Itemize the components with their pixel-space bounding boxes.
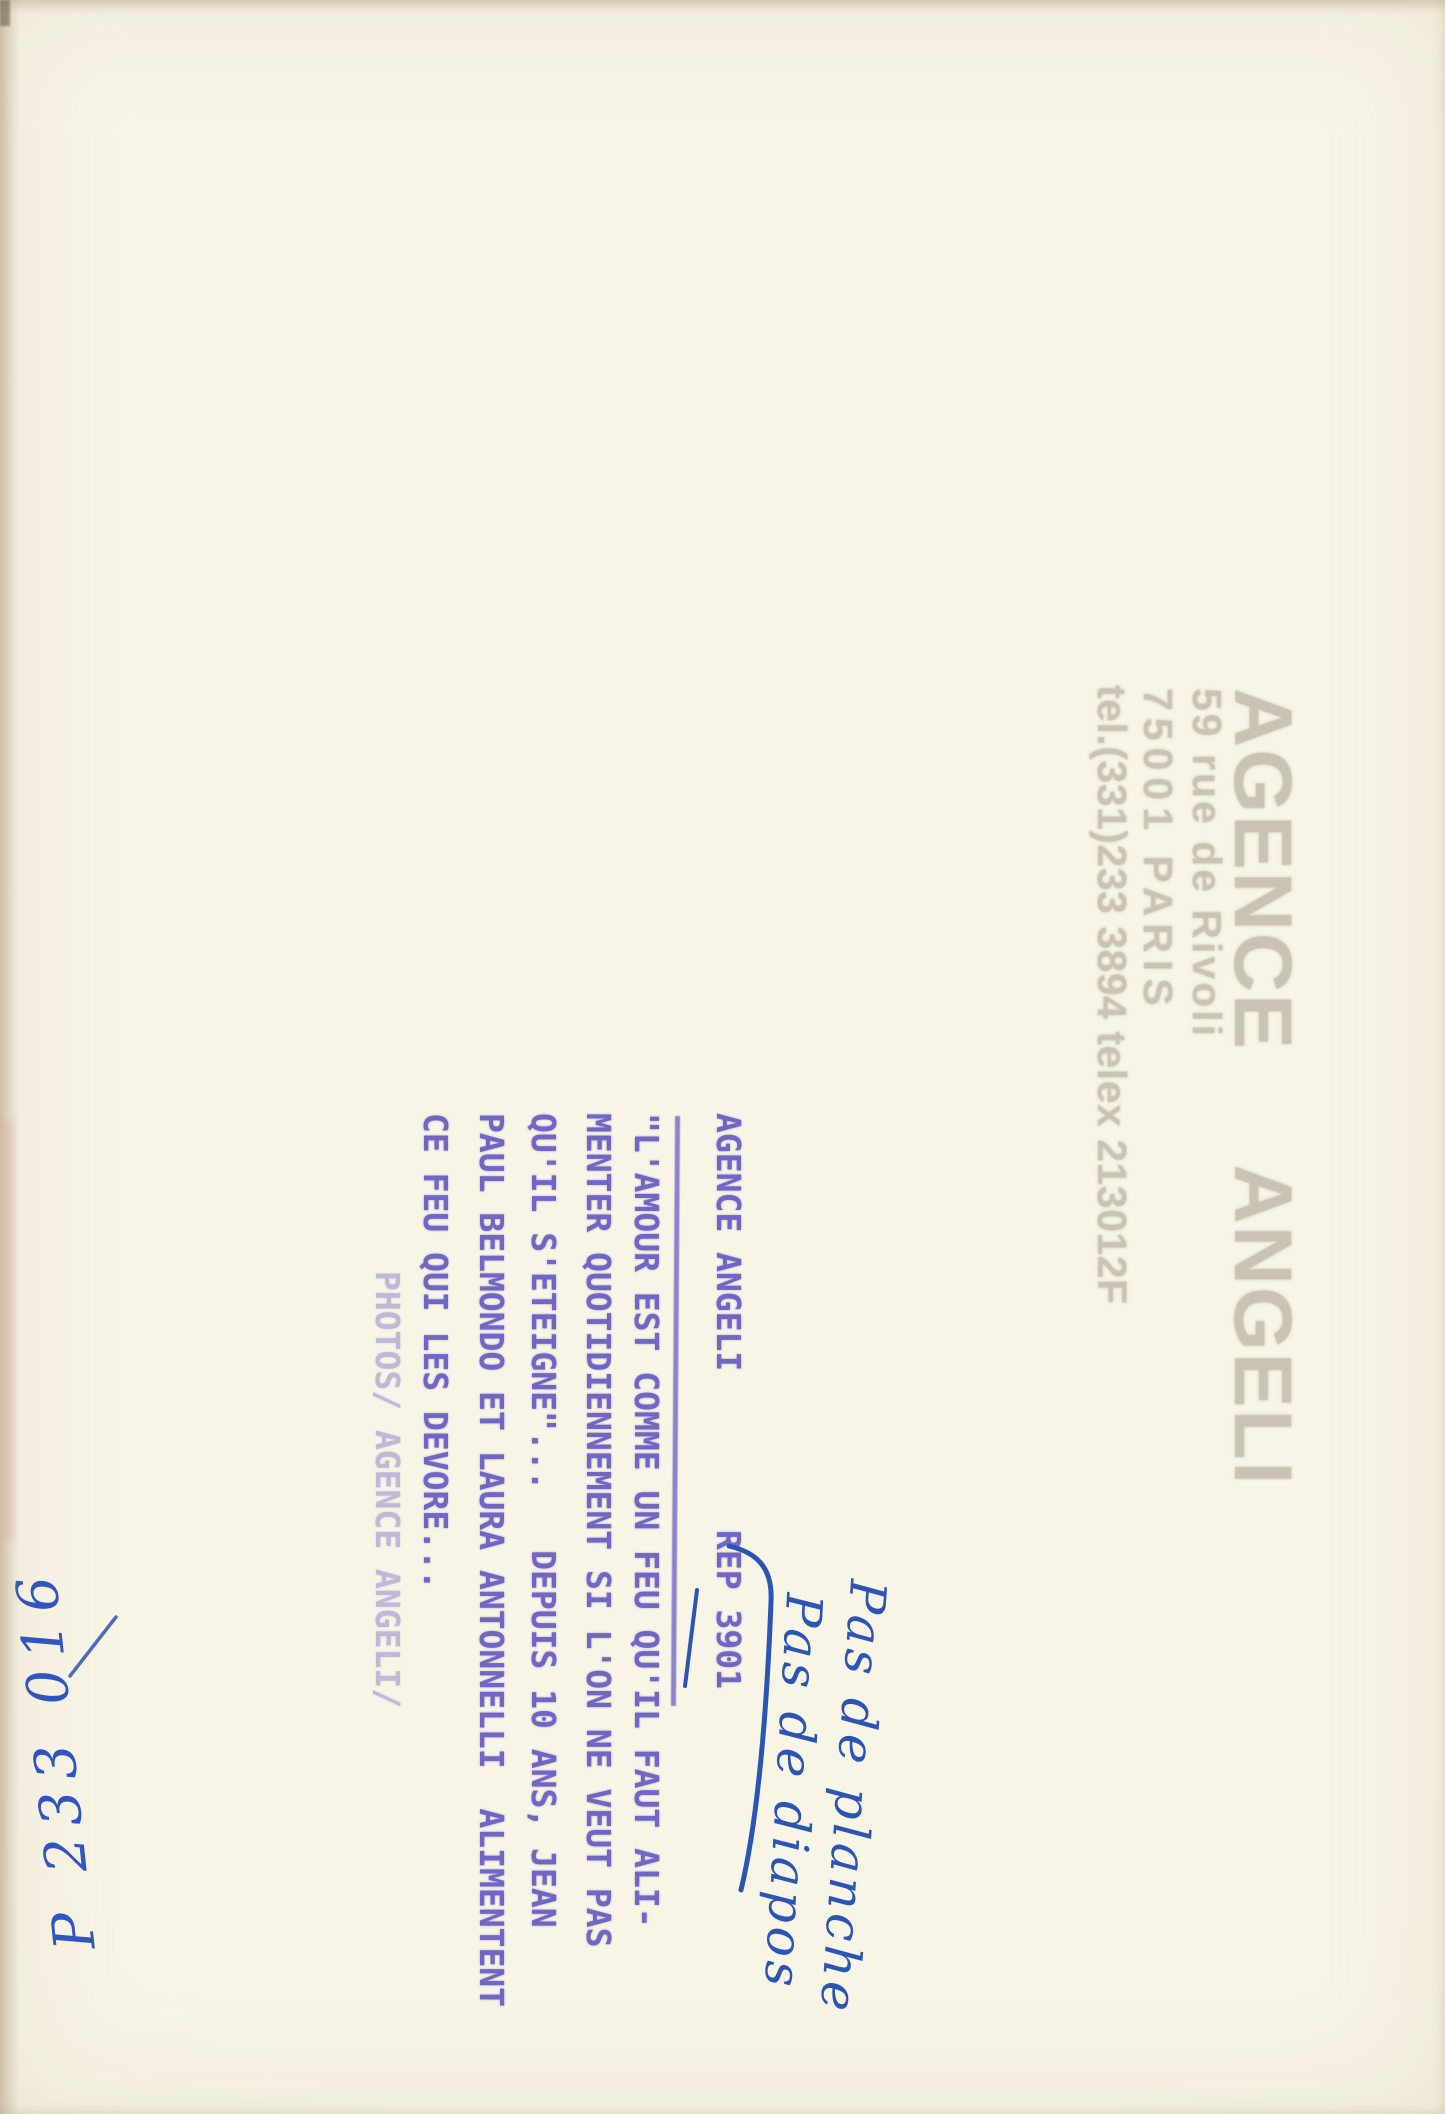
paper-corner-mark: [0, 0, 10, 26]
pen-strokes-number: [0, 0, 1445, 2114]
photo-verso: AGENCE ANGELI 59 rue de Rivoli 75001 PAR…: [0, 0, 1445, 2114]
paper-stain: [0, 1120, 14, 1540]
paper-edge-left: [0, 0, 20, 2114]
paper-edge-top: [0, 0, 1445, 14]
rotated-reference-sheet: P 233 016: [0, 0, 1445, 2114]
